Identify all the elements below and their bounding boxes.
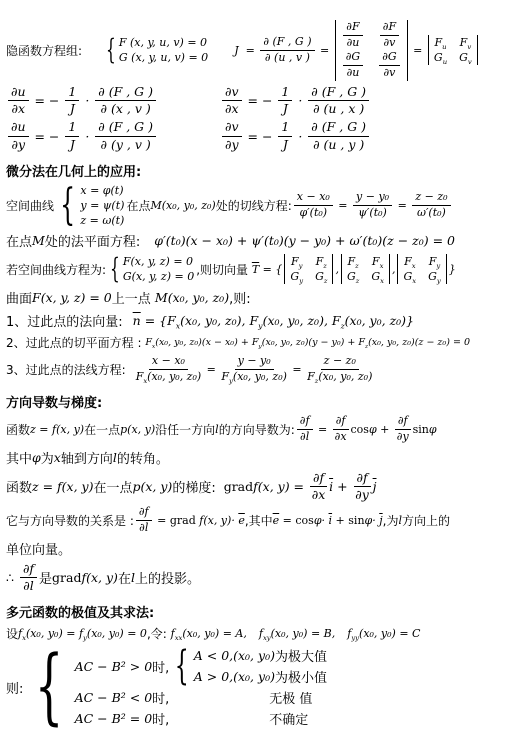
determinant-cell: Fx: [371, 255, 384, 268]
math-run: f(x, y)·: [199, 514, 238, 527]
fraction: y − y₀Fy(x₀, y₀, z₀): [221, 355, 287, 383]
fraction-denominator: ∂l: [300, 430, 309, 444]
subscript: x: [412, 277, 416, 285]
math-run: z − z₀: [324, 355, 356, 368]
text-run: :: [134, 336, 146, 350]
math-run: F(x, y, z) = 0: [32, 290, 112, 305]
subscripted-symbol: Fz: [332, 313, 345, 328]
math-run: ψ′(t₀): [358, 207, 387, 220]
determinant: FxFyGxGy: [397, 254, 446, 284]
fraction: ∂G∂u: [343, 51, 363, 79]
left-brace: {: [60, 184, 75, 227]
determinant: FyFzGyGz: [284, 254, 333, 284]
math-run: f(x, y) =: [253, 479, 308, 494]
math-run: = −: [244, 129, 277, 144]
subscripted-symbol: Fz: [307, 371, 318, 384]
math-run: (x₀, y₀, z₀)}: [345, 313, 414, 328]
text-run: 时,: [152, 688, 169, 707]
brace-row: A < 0,(x₀, y₀)为极大值: [194, 646, 327, 665]
subscripted-symbol: Fx: [167, 313, 180, 328]
spacer: [216, 486, 224, 487]
determinant-cell: Gx: [371, 270, 384, 283]
math-run: ∂v: [383, 37, 395, 50]
vector-symbol: T: [252, 263, 259, 276]
math-run: y = ψ(t): [80, 199, 124, 212]
determinant-cell: Fz: [315, 255, 327, 268]
subscripted-symbol: Fy: [249, 313, 262, 328]
subscripted-symbol: Gy: [290, 270, 303, 283]
math-roman-run: ∴: [6, 570, 18, 585]
spacer: [140, 240, 154, 241]
fraction-numerator: z − z₀: [321, 355, 359, 370]
math-run: =: [394, 199, 410, 212]
math-run: (x₀, y₀, z₀),: [263, 313, 332, 328]
fraction: ∂f∂l: [297, 415, 313, 443]
fraction: ∂u∂x: [8, 85, 29, 117]
fraction: 1J: [65, 85, 79, 117]
text-run: 时,: [152, 709, 169, 728]
fraction: ∂ (F , G )∂ (x , v ): [95, 85, 156, 117]
fraction: z − z₀Fz(x₀, y₀, z₀): [307, 355, 372, 383]
determinant-cell: Fz: [347, 255, 359, 268]
fraction-numerator: ∂ (F , G ): [308, 85, 369, 101]
subscripted-symbol: Fx: [404, 255, 415, 268]
determinant-cell: Fv: [459, 36, 472, 49]
fraction-numerator: ∂f: [333, 415, 349, 430]
fraction: ∂f∂y: [395, 415, 411, 443]
section-heading-geometry-applications: 微分法在几何上的应用:: [6, 161, 512, 180]
text-run: 其中: [6, 448, 32, 467]
subscripted-symbol: Gu: [434, 51, 447, 64]
math-run: ∂ (u , x ): [313, 102, 364, 116]
math-run: φ: [32, 450, 41, 465]
subscripted-symbol: Fx: [372, 255, 383, 268]
determinant: FuFvGuGv: [428, 35, 478, 65]
math-run: ∂ (u , y ): [313, 138, 364, 152]
extrema-cases: 则:{AC − B² > 0时,{A < 0,(x₀, y₀)为极大值A > 0…: [6, 646, 512, 728]
math-run: ∂f: [336, 415, 346, 428]
math-run: 1: [281, 120, 289, 134]
subscripted-symbol: Fy: [291, 255, 303, 268]
subscripted-symbol: Fz: [358, 337, 368, 348]
math-run: ∂u: [11, 120, 26, 134]
subscript: z: [324, 277, 328, 285]
text-run: 1、过此点的法向量:: [6, 311, 123, 330]
fraction: 1J: [278, 85, 292, 117]
fraction-denominator: Fx(x₀, y₀, z₀): [136, 370, 202, 384]
fraction: ∂f∂x: [333, 415, 349, 443]
spacer: [335, 633, 347, 634]
math-run: ·: [294, 93, 306, 108]
subscripted-symbol: Gx: [371, 270, 384, 283]
math-run: ∂F: [346, 21, 359, 34]
fraction: x − x₀φ′(t₀): [294, 191, 333, 219]
text-run: 设: [6, 625, 18, 642]
math-run: +: [332, 514, 348, 527]
math-roman-run: sin: [413, 423, 429, 436]
math-run: AC − B² = 0: [75, 711, 153, 726]
fraction: ∂ (F , G )∂ (u , x ): [308, 85, 369, 117]
brace-row: x = φ(t): [80, 184, 124, 197]
math-run: x − x₀: [152, 355, 185, 368]
brace-row: G(x, y, z) = 0: [123, 270, 194, 283]
subscripted-symbol: fx: [18, 627, 26, 640]
math-run: φ +: [369, 423, 393, 436]
brace-row: A > 0,(x₀, y₀)为极小值: [194, 667, 327, 686]
text-run: 轴到方向: [61, 448, 113, 467]
fraction-numerator: y − y₀: [235, 355, 274, 370]
brace-rows: A < 0,(x₀, y₀)为极大值A > 0,(x₀, y₀)为极小值: [194, 646, 327, 686]
text-run: 上一点: [112, 288, 155, 307]
fraction-numerator: ∂F: [380, 21, 399, 36]
math-run: ·: [294, 129, 306, 144]
math-run: ·: [81, 93, 93, 108]
partial-derivatives-x: ∂u∂x = − 1J · ∂ (F , G )∂ (x , v )∂v∂x =…: [6, 85, 512, 117]
text-run: 函数: [6, 421, 30, 438]
text-run: ,为: [383, 512, 399, 529]
fraction-denominator: J: [283, 137, 288, 152]
math-run: ∂G: [382, 51, 396, 64]
math-run: =: [203, 363, 219, 376]
fraction-numerator: ∂ (F , G ): [260, 36, 314, 51]
text-run: 为极小值: [275, 667, 327, 686]
text-run: 方向上的: [402, 512, 450, 529]
text-run: 空间曲线: [6, 197, 54, 214]
math-roman-run: cos: [351, 423, 369, 436]
text-run: 在点: [126, 197, 150, 214]
fraction-numerator: 1: [65, 85, 79, 101]
subscript: y: [436, 262, 440, 270]
subscript: z: [355, 262, 359, 270]
math-run: J =: [234, 44, 258, 57]
spacer: [158, 136, 220, 137]
math-run: ∂ (F , G ): [263, 36, 311, 49]
text-run: ,则切向量: [196, 261, 252, 278]
subscript: v: [467, 43, 471, 51]
text-run: 函数: [6, 477, 32, 496]
text-run: 的转角。: [117, 448, 169, 467]
subscript: xx: [175, 635, 183, 643]
fraction-denominator: Fz(x₀, y₀, z₀): [307, 370, 372, 384]
fraction-denominator: ∂x: [312, 487, 326, 502]
fraction-numerator: ∂f: [136, 506, 152, 521]
determinant-cell: ∂F∂u: [341, 21, 365, 49]
normal-line-item: 3、过此点的法线方程:x − x₀Fx(x₀, y₀, z₀) = y − y₀…: [6, 355, 512, 383]
math-run: ∂x: [225, 102, 239, 116]
math-run: ∂x: [335, 431, 347, 444]
math-run: f(x, y): [81, 570, 117, 585]
determinant-grid: FuFvGuGv: [428, 35, 478, 65]
brace-group: {F(x, y, z) = 0G(x, y, z) = 0: [108, 255, 194, 283]
math-run: ∂ (F , G ): [311, 85, 366, 99]
text-run: 时,: [152, 657, 169, 676]
angle-note: 其中φ为x轴到方向l的转角。: [6, 448, 512, 467]
fraction-numerator: ∂f: [20, 562, 37, 578]
document-body: 隐函数方程组:{F (x, y, u, v) = 0G (x, y, u, v)…: [6, 20, 512, 728]
text-run: 曲面: [6, 288, 32, 307]
math-run: ∂v: [225, 120, 239, 134]
math-run: =: [154, 514, 170, 527]
text-run: 的方向导数为:: [219, 421, 295, 438]
math-run: =: [335, 199, 351, 212]
subscript: y: [437, 277, 441, 285]
fraction-denominator: ∂ (u , v ): [265, 51, 310, 65]
determinant: FzFxGzGx: [341, 254, 390, 284]
math-run: ω′(t₀): [417, 207, 446, 220]
math-run: z = ω(t): [80, 214, 124, 227]
fraction: ∂ (F , G )∂ (y , v ): [95, 120, 156, 152]
math-run: J: [70, 102, 75, 116]
text-run: 隐函数方程组:: [6, 42, 82, 59]
math-run: φ·: [314, 514, 329, 527]
brace-rows: F(x, y, z) = 0G(x, y, z) = 0: [123, 255, 194, 283]
subscripted-symbol: Fy: [252, 337, 262, 348]
brace-group: {A < 0,(x₀, y₀)为极大值A > 0,(x₀, y₀)为极小值: [171, 646, 327, 686]
subscript: yy: [351, 635, 359, 643]
brace-row: AC − B² < 0时,无极 值: [75, 688, 329, 707]
fraction-numerator: ∂G: [379, 51, 399, 66]
fraction-denominator: ∂v: [383, 36, 395, 50]
math-run: (x₀, y₀, z₀)(y − y₀) +: [262, 337, 359, 348]
brace-rows: x = φ(t)y = ψ(t)z = ω(t): [80, 184, 124, 227]
math-run: (x₀, y₀) = B,: [271, 627, 336, 640]
text-run: 在点: [6, 231, 32, 250]
math-run: ∂f: [357, 471, 368, 485]
math-run: (x₀, y₀, z₀): [318, 371, 372, 384]
determinant-grid: FxFyGxGy: [397, 254, 446, 284]
math-run: ∂f: [139, 506, 149, 519]
fraction-numerator: ∂ (F , G ): [308, 120, 369, 136]
math-run: ∂ (u , v ): [265, 52, 310, 65]
math-run: ∂l: [139, 522, 148, 535]
subscripted-symbol: Gz: [347, 270, 359, 283]
text-run: 2、过此点的切平面方程: [6, 334, 134, 351]
fraction-numerator: ∂v: [222, 85, 242, 101]
math-run: = {: [259, 263, 282, 276]
math-run: (x₀, y₀, z₀)(x − x₀) +: [155, 337, 252, 348]
determinant-cell: ∂F∂v: [377, 21, 401, 49]
determinant-grid: ∂F∂u∂F∂v∂G∂u∂G∂v: [335, 20, 408, 81]
fraction: ∂v∂y: [222, 120, 242, 152]
determinant-cell: Fu: [434, 36, 447, 49]
text-run: 沿任一方向: [155, 421, 215, 438]
math-run: A < 0,(x₀, y₀): [194, 648, 275, 663]
text-run: 处的法平面方程:: [45, 231, 140, 250]
math-run: = −: [31, 129, 64, 144]
vector-symbol: j: [373, 479, 377, 494]
text-run: 单位向量。: [6, 539, 71, 558]
subscripted-symbol: Gx: [403, 270, 416, 283]
math-run: 1: [281, 85, 289, 99]
fraction: y − y₀ψ′(t₀): [353, 191, 392, 219]
math-run: y − y₀: [238, 355, 271, 368]
brace-row: F (x, y, u, v) = 0: [119, 36, 208, 49]
math-run: ∂y: [397, 431, 409, 444]
math-run: ,: [335, 263, 339, 276]
fraction-numerator: z − z₀: [412, 191, 450, 206]
brace-group: {AC − B² > 0时,{A < 0,(x₀, y₀)为极大值A > 0,(…: [25, 646, 329, 728]
math-run: x = φ(t): [80, 184, 123, 197]
math-run: y − y₀: [356, 191, 389, 204]
determinant-cell: Gu: [434, 51, 447, 64]
math-run: =: [410, 44, 426, 57]
fraction: 1J: [65, 120, 79, 152]
math-run: F (x, y, u, v) = 0: [119, 36, 207, 49]
math-run: φ·: [365, 514, 380, 527]
math-run: ∂y: [355, 488, 369, 502]
math-run: ∂ (F , G ): [98, 85, 153, 99]
math-run: =: [317, 44, 333, 57]
text-run: 处的切线方程:: [216, 197, 292, 214]
math-run: ∂ (F , G ): [311, 120, 366, 134]
fraction-denominator: ∂x: [12, 101, 26, 116]
determinant-cell: Fy: [290, 255, 303, 268]
subscript: u: [442, 43, 446, 51]
vector-symbol: n: [133, 313, 141, 328]
text-run: 不确定: [269, 709, 308, 728]
left-brace: {: [35, 646, 64, 728]
subscript: u: [443, 58, 447, 66]
subscript: z: [356, 277, 360, 285]
math-run: ∂v: [383, 67, 395, 80]
text-run: 无极 值: [269, 688, 312, 707]
math-run: ,: [392, 263, 396, 276]
math-run: ∂x: [312, 488, 326, 502]
determinant-cell: Gx: [403, 270, 416, 283]
math-run: AC − B² > 0: [75, 659, 153, 674]
subscript: v: [468, 58, 472, 66]
brace-rows: F (x, y, u, v) = 0G (x, y, u, v) = 0: [119, 36, 208, 64]
section-heading-extrema: 多元函数的极值及其求法:: [6, 602, 512, 621]
text-run: 上的投影。: [135, 568, 200, 587]
math-run: ∂F: [383, 21, 396, 34]
fraction-denominator: ∂u: [347, 36, 360, 50]
spacer: [169, 718, 269, 719]
math-run: p(x, y): [120, 423, 155, 436]
spacer: [126, 369, 134, 370]
subscripted-symbol: Gz: [315, 270, 327, 283]
math-run: ∂u: [347, 37, 360, 50]
space-curve-tangent-line: 空间曲线{x = φ(t)y = ψ(t)z = ω(t)在点M(x₀, y₀,…: [6, 184, 512, 227]
fraction-numerator: ∂v: [222, 120, 242, 136]
fraction-denominator: ∂y: [397, 430, 409, 444]
fraction-numerator: ∂f: [354, 471, 371, 487]
fraction-numerator: y − y₀: [353, 191, 392, 206]
curve-tangent-vector: 若空间曲线方程为:{F(x, y, z) = 0G(x, y, z) = 0,则…: [6, 254, 512, 284]
fraction-denominator: ∂ (u , x ): [313, 101, 364, 116]
fraction-numerator: ∂f: [395, 415, 411, 430]
document-page: 隐函数方程组:{F (x, y, u, v) = 0G (x, y, u, v)…: [0, 0, 518, 728]
math-run: ∂f: [398, 415, 408, 428]
subscripted-symbol: fxx: [171, 627, 183, 640]
math-run: M: [32, 233, 45, 248]
normal-vector-item: 1、过此点的法向量:n = {Fx(x₀, y₀, z₀), Fy(x₀, y₀…: [6, 311, 512, 330]
text-run: 的梯度:: [172, 477, 215, 496]
math-run: J: [70, 138, 75, 152]
fraction: ∂ (F , G )∂ (u , y ): [308, 120, 369, 152]
brace-row: G (x, y, u, v) = 0: [119, 51, 208, 64]
text-run: ,令:: [147, 625, 171, 642]
subscripted-symbol: Fx: [145, 337, 155, 348]
fraction: ∂G∂v: [379, 51, 399, 79]
subscripted-symbol: Gy: [428, 270, 441, 283]
spacer: [158, 100, 220, 101]
brace-row: y = ψ(t): [80, 199, 124, 212]
fraction-numerator: 1: [278, 85, 292, 101]
fraction-denominator: ∂y: [355, 487, 369, 502]
fraction-denominator: ∂y: [225, 137, 239, 152]
left-brace: {: [106, 36, 116, 64]
fraction-denominator: ∂ (y , v ): [101, 137, 151, 152]
math-run: (x₀, y₀) = A,: [182, 627, 246, 640]
tangent-plane-item: 2、过此点的切平面方程 : Fx(x₀, y₀, z₀)(x − x₀) + F…: [6, 334, 512, 351]
math-run: G(x, y, z) = 0: [123, 270, 194, 283]
math-run: (x₀, y₀, z₀),: [180, 313, 249, 328]
fraction-numerator: ∂f: [310, 471, 327, 487]
text-run: 它与方向导数的关系是 :: [6, 512, 134, 529]
gradient-formula: 函数z = f(x, y)在一点p(x, y)的梯度:gradf(x, y) =…: [6, 471, 512, 503]
math-run: z = f(x, y): [32, 479, 93, 494]
brace-group: {x = φ(t)y = ψ(t)z = ω(t): [56, 184, 124, 227]
fraction-denominator: ∂y: [11, 137, 25, 152]
math-run: (x₀, y₀) = 0: [87, 627, 147, 640]
subscript: y: [299, 262, 303, 270]
math-run: ·: [81, 129, 93, 144]
math-run: ∂f: [300, 415, 310, 428]
unit-vector-note: 单位向量。: [6, 539, 512, 558]
math-run: M(x₀, y₀, z₀): [150, 199, 215, 212]
subscripted-symbol: Fu: [434, 36, 446, 49]
fraction-numerator: 1: [278, 120, 292, 136]
text-run: 是: [39, 568, 52, 587]
fraction-numerator: ∂G: [343, 51, 363, 66]
math-run: ∂ (F , G ): [98, 120, 153, 134]
math-run: ∂G: [346, 51, 360, 64]
fraction: ∂f∂x: [310, 471, 327, 503]
fraction-denominator: ψ′(t₀): [358, 206, 387, 220]
spacer: [123, 320, 133, 321]
text-run: 在: [118, 568, 131, 587]
determinant-cell: Gv: [459, 51, 472, 64]
fraction-denominator: J: [70, 137, 75, 152]
math-run: z − z₀: [415, 191, 447, 204]
text-run: 3、过此点的法线方程:: [6, 361, 126, 378]
math-roman-run: grad: [170, 514, 199, 527]
math-run: ∂f: [23, 562, 34, 576]
math-run: 1: [68, 85, 76, 99]
fraction-denominator: ∂ (x , v ): [101, 101, 151, 116]
math-run: = −: [244, 93, 277, 108]
gradient-relation: 它与方向导数的关系是 :∂f∂l = grad f(x, y)· e,其中e =…: [6, 506, 512, 534]
math-roman-run: grad: [52, 570, 81, 585]
math-run: J: [283, 102, 288, 116]
brace-row: F(x, y, z) = 0: [123, 255, 194, 268]
math-run: (x₀, y₀, z₀): [233, 371, 287, 384]
text-run: ,则:: [229, 288, 251, 307]
determinant-cell: Gy: [428, 270, 441, 283]
determinant-cell: ∂G∂v: [377, 51, 401, 79]
math-roman-run: grad: [224, 479, 253, 494]
directional-derivative-formula: 函数z = f(x, y)在一点p(x, y)沿任一方向l的方向导数为:∂f∂l…: [6, 415, 512, 443]
math-run: ∂y: [11, 138, 25, 152]
math-run: x: [54, 450, 61, 465]
subscript: x: [380, 277, 384, 285]
math-run: G (x, y, u, v) = 0: [119, 51, 208, 64]
math-run: F(x, y, z) = 0: [123, 255, 193, 268]
math-run: = −: [31, 93, 64, 108]
subscripted-symbol: Fy: [221, 371, 233, 384]
math-run: ∂u: [11, 85, 26, 99]
